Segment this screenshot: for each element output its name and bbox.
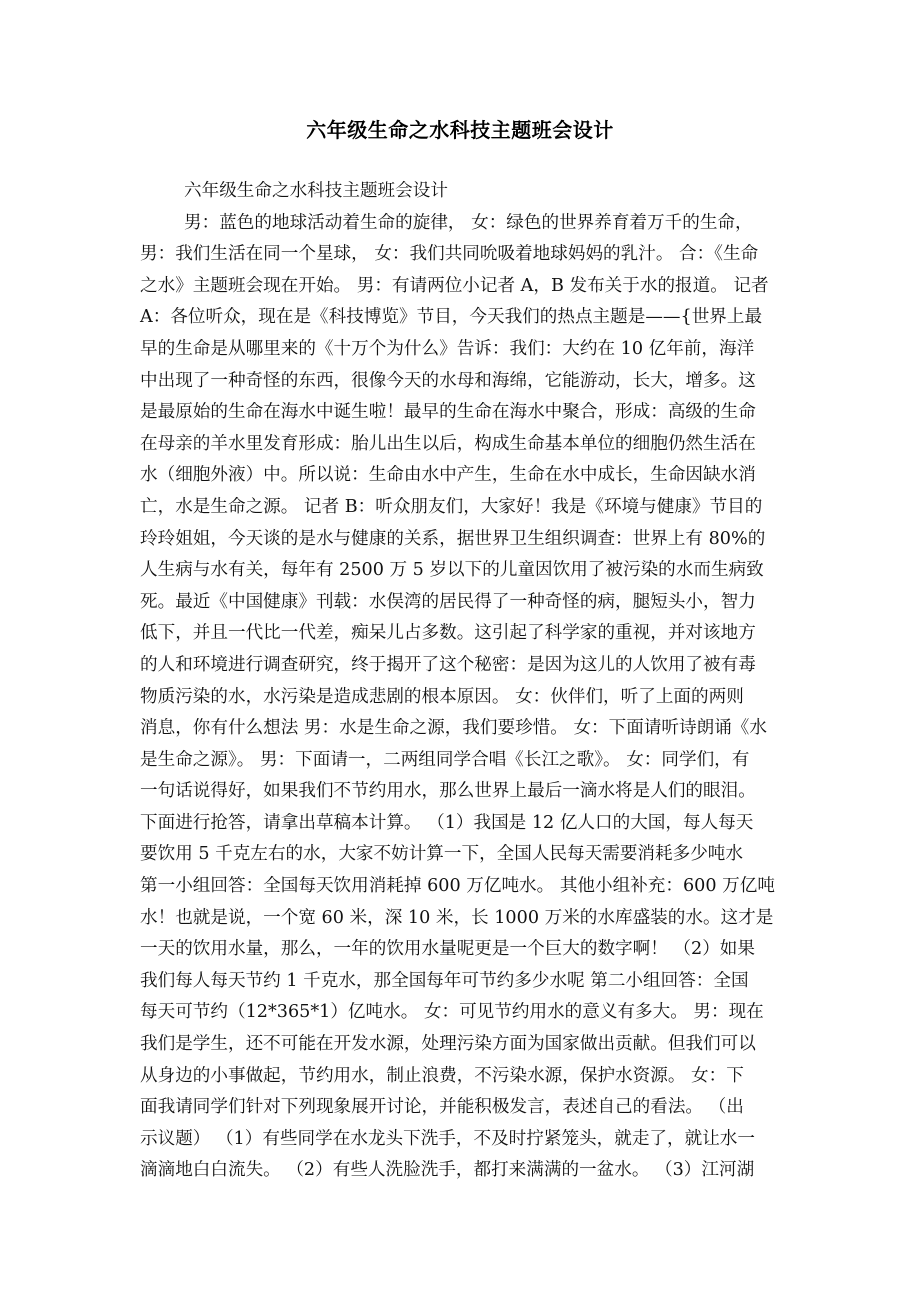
document-title: 六年级生命之水科技主题班会设计 xyxy=(0,114,920,143)
body-line: 中出现了一种奇怪的东西，很像今天的水母和海绵，它能游动，长大，增多。这 xyxy=(140,366,800,398)
body-line: 之水》主题班会现在开始。 男：有请两位小记者 A，B 发布关于水的报道。 记者 xyxy=(140,271,800,303)
body-line: 在母亲的羊水里发育形成：胎儿出生以后，构成生命基本单位的细胞仍然生活在 xyxy=(140,429,800,461)
subtitle-line: 六年级生命之水科技主题班会设计 xyxy=(140,176,800,208)
body-line: 一句话说得好，如果我们不节约用水，那么世界上最后一滴水将是人们的眼泪。 xyxy=(140,776,800,808)
body-line: 低下，并且一代比一代差，痴呆儿占多数。这引起了科学家的重视，并对该地方 xyxy=(140,618,800,650)
body-line: 早的生命是从哪里来的《十万个为什么》告诉：我们：大约在 10 亿年前，海洋 xyxy=(140,334,800,366)
body-line: 是生命之源》。 男：下面请一，二两组同学合唱《长江之歌》。 女：同学们，有 xyxy=(140,745,800,777)
body-line: 第一小组回答：全国每天饮用消耗掉 600 万亿吨水。 其他小组补充：600 万亿… xyxy=(140,871,800,903)
body-line: 男：蓝色的地球活动着生命的旋律， 女：绿色的世界养育着万千的生命， xyxy=(140,208,800,240)
body-line: 是最原始的生命在海水中诞生啦！最早的生命在海水中聚合，形成：高级的生命 xyxy=(140,397,800,429)
body-line: 滴滴地白白流失。 （2）有些人洗脸洗手，都打来满满的一盆水。 （3）江河湖 xyxy=(140,1155,800,1187)
body-line: 要饮用 5 千克左右的水，大家不妨计算一下，全国人民每天需要消耗多少吨水 xyxy=(140,839,800,871)
body-line: 物质污染的水，水污染是造成悲剧的根本原因。 女：伙伴们，听了上面的两则 xyxy=(140,682,800,714)
document-page: 六年级生命之水科技主题班会设计 六年级生命之水科技主题班会设计 男：蓝色的地球活… xyxy=(0,0,920,1302)
body-line: 面我请同学们针对下列现象展开讨论，并能积极发言，表述自己的看法。 （出 xyxy=(140,1092,800,1124)
body-line: 每天可节约（12*365*1）亿吨水。 女：可见节约用水的意义有多大。 男：现在 xyxy=(140,997,800,1029)
body-line: A：各位听众，现在是《科技博览》节目，今天我们的热点主题是——{世界上最 xyxy=(140,302,800,334)
body-line: 水（细胞外液）中。所以说：生命由水中产生，生命在水中成长，生命因缺水消 xyxy=(140,460,800,492)
body-line: 消息，你有什么想法 男：水是生命之源，我们要珍惜。 女：下面请听诗朗诵《水 xyxy=(140,713,800,745)
body-line: 从身边的小事做起，节约用水，制止浪费，不污染水源，保护水资源。 女：下 xyxy=(140,1061,800,1093)
body-line: 我们每人每天节约 1 千克水，那全国每年可节约多少水呢 第二小组回答：全国 xyxy=(140,966,800,998)
body-line: 男：我们生活在同一个星球， 女：我们共同吮吸着地球妈妈的乳汁。 合：《生命 xyxy=(140,239,800,271)
body-line: 下面进行抢答，请拿出草稿本计算。 （1）我国是 12 亿人口的大国，每人每天 xyxy=(140,808,800,840)
body-line: 人生病与水有关，每年有 2500 万 5 岁以下的儿童因饮用了被污染的水而生病致 xyxy=(140,555,800,587)
body-line: 玲玲姐姐，今天谈的是水与健康的关系，据世界卫生组织调查：世界上有 80%的 xyxy=(140,524,800,556)
body-line: 亡，水是生命之源。 记者 B：听众朋友们，大家好！我是《环境与健康》节目的 xyxy=(140,492,800,524)
document-body: 六年级生命之水科技主题班会设计 男：蓝色的地球活动着生命的旋律， 女：绿色的世界… xyxy=(140,176,800,1187)
body-line: 死。最近《中国健康》刊载：水俣湾的居民得了一种奇怪的病，腿短头小，智力 xyxy=(140,587,800,619)
body-line: 我们是学生，还不可能在开发水源，处理污染方面为国家做出贡献。但我们可以 xyxy=(140,1029,800,1061)
body-line: 水！也就是说，一个宽 60 米，深 10 米，长 1000 万米的水库盛装的水。… xyxy=(140,903,800,935)
body-line: 示议题） （1）有些同学在水龙头下洗手，不及时拧紧笼头，就走了，就让水一 xyxy=(140,1124,800,1156)
body-line: 的人和环境进行调查研究，终于揭开了这个秘密：是因为这儿的人饮用了被有毒 xyxy=(140,650,800,682)
body-line: 一天的饮用水量，那么，一年的饮用水量呢更是一个巨大的数字啊！ （2）如果 xyxy=(140,934,800,966)
